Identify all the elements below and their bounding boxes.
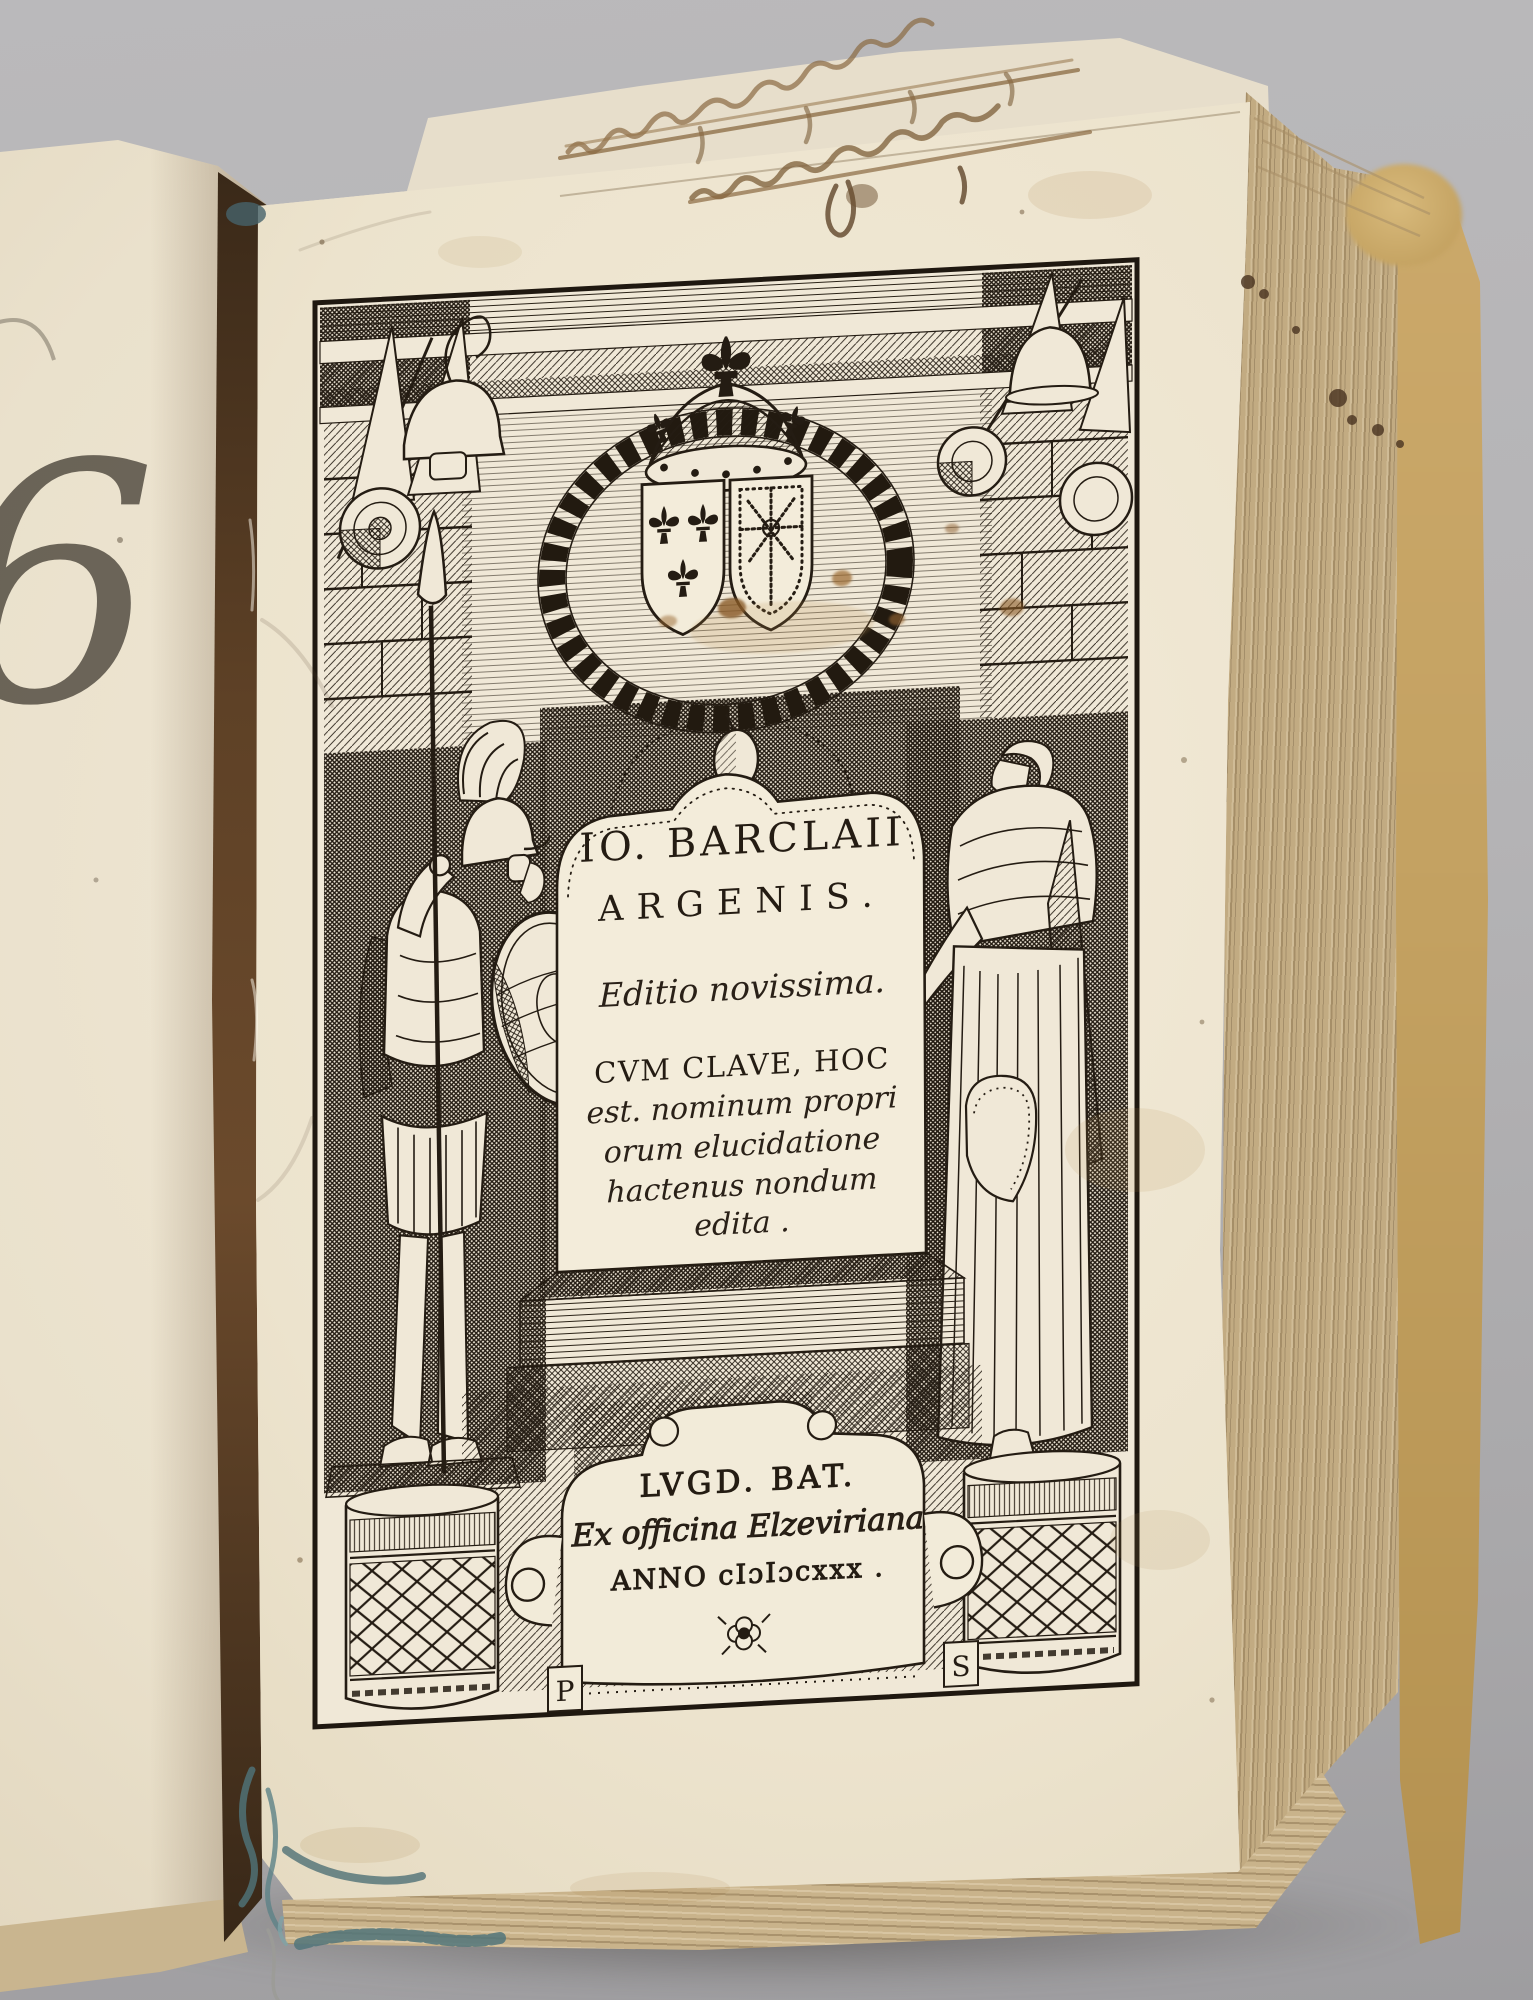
title-tablet: IO. BARCLAII ARGENIS. Editio novissima. … bbox=[557, 764, 926, 1272]
frontispiece-engraving: IO. BARCLAII ARGENIS. Editio novissima. … bbox=[312, 257, 1140, 1730]
shield-of-france bbox=[642, 480, 724, 636]
left-drum-pedestal bbox=[326, 1457, 520, 1713]
plate-letter-S: S bbox=[951, 1650, 970, 1684]
plate-letter-P: P bbox=[556, 1674, 575, 1708]
photograph-of-antique-book: IO. BARCLAII ARGENIS. Editio novissima. … bbox=[0, 0, 1533, 2000]
vellum-cover-top-cap bbox=[1346, 164, 1462, 266]
engraved-frontispiece-plate: IO. BARCLAII ARGENIS. Editio novissima. … bbox=[312, 257, 1140, 1730]
subtitle-line-5: edita . bbox=[694, 1204, 790, 1244]
right-drum-pedestal bbox=[964, 1448, 1120, 1677]
